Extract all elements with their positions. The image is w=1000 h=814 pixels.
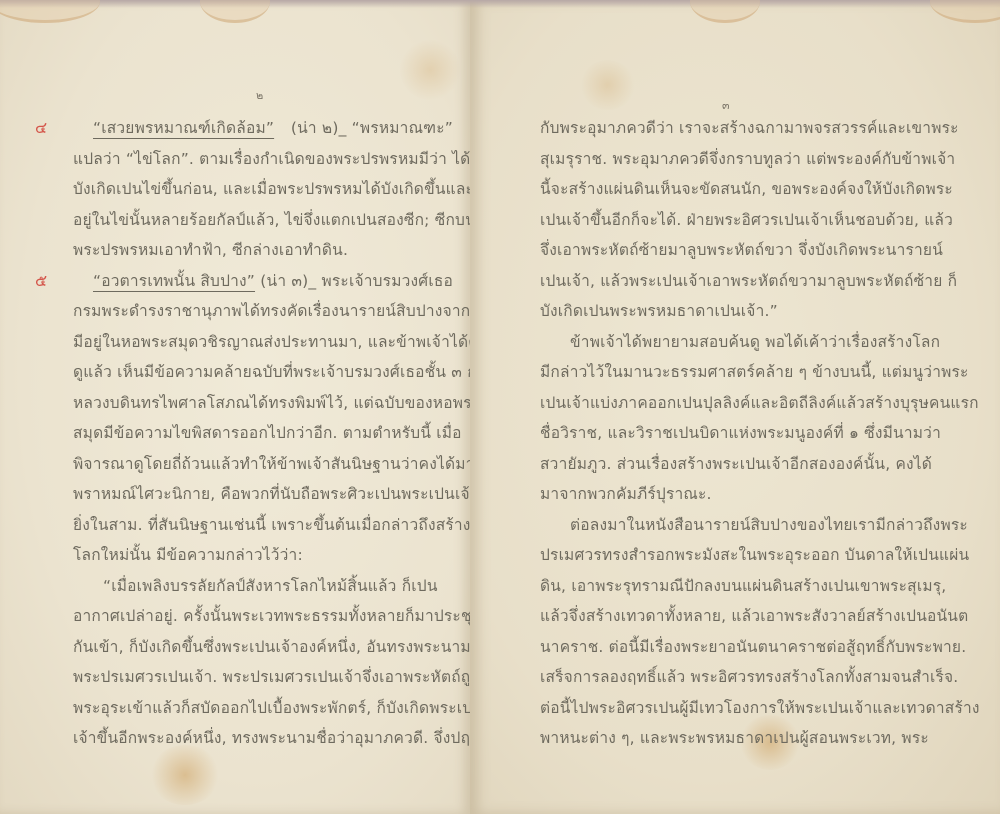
- text-line: สวายัมภูว. ส่วนเรื่องสร้างพระเปนเจ้าอีกส…: [540, 449, 910, 480]
- left-page-body: ๔ “เสวยพรหมาณฑ์เกิดล้อม” (น่า ๒)_ “พรหมา…: [73, 113, 453, 754]
- text-line: ปรเมศวรทรงสำรอกพระมังสะในพระอุระออก บันด…: [540, 540, 910, 571]
- thumb-stain: [0, 0, 100, 23]
- foxing-stain: [580, 60, 635, 110]
- thumb-stain: [690, 0, 760, 23]
- text-line: จึ่งเอาพระหัตถ์ซ้ายมาลูบพระหัตถ์ขวา จึ่ง…: [540, 235, 910, 266]
- text-line: ดูแล้ว เห็นมีข้อความคล้ายฉบับที่พระเจ้าบ…: [73, 357, 453, 388]
- foxing-stain: [400, 40, 460, 100]
- note-quote: “อวตารเทพนั้น สิบปาง”: [93, 266, 255, 297]
- book-spread: ๒ ๔ “เสวยพรหมาณฑ์เกิดล้อม” (น่า ๒)_ “พรห…: [0, 0, 1000, 814]
- text-line: หลวงบดินทรไพศาลโสภณได้ทรงพิมพ์ไว้, แต่ฉบ…: [73, 388, 453, 419]
- note-number: ๔: [35, 113, 47, 144]
- text-line: พระอุระเข้าแล้วก็สบัดออกไปเบื้องพระพักตร…: [73, 693, 453, 724]
- text-line: มาจากพวกคัมภีร์ปุราณะ.: [540, 479, 910, 510]
- note-quote: “เสวยพรหมาณฑ์เกิดล้อม”: [93, 113, 274, 144]
- text-line: เสร็จการลองฤทธิ์แล้ว พระอิศวรทรงสร้างโลก…: [540, 662, 910, 693]
- text-line: พาหนะต่าง ๆ, และพระพรหมธาดาเปนผู้สอนพระเ…: [540, 723, 910, 754]
- text-line: พระปรเมศวรเปนเจ้า. พระปรเมศวรเปนเจ้าจึ่ง…: [73, 662, 453, 693]
- text-line: อยู่ในไข่นั้นหลายร้อยกัลป์แล้ว, ไข่จึ่งแ…: [73, 205, 453, 236]
- paragraph-start: ข้าพเจ้าได้พยายามสอบค้นดู พอได้เค้าว่าเร…: [540, 327, 910, 358]
- text-line: แล้วจึ่งสร้างเทวดาทั้งหลาย, แล้วเอาพระสั…: [540, 601, 910, 632]
- text-line: อากาศเปล่าอยู่. ครั้งนั้นพระเวทพระธรรมทั…: [73, 601, 453, 632]
- page-number: ๓: [722, 96, 730, 114]
- text-line: นี้จะสร้างแผ่นดินเห็นจะขัดสนนัก, ขอพระอง…: [540, 174, 910, 205]
- paragraph-start: ต่อลงมาในหนังสือนารายน์สิบปางของไทยเรามี…: [540, 510, 910, 541]
- text-line: บังเกิดเปนไข่ขึ้นก่อน, และเมื่อพระปรพรหม…: [73, 174, 453, 205]
- thumb-stain: [200, 0, 270, 23]
- text-line: พราหมณ์ไศวะนิกาย, คือพวกที่นับถือพระศิวะ…: [73, 479, 453, 510]
- text-line: ชื่อวิราช, และวิราชเปนบิดาแห่งพระมนูองค์…: [540, 418, 910, 449]
- text-line: นาคราช. ต่อนี้มีเรื่องพระยาอนันตนาคราชต่…: [540, 632, 910, 663]
- left-page: ๒ ๔ “เสวยพรหมาณฑ์เกิดล้อม” (น่า ๒)_ “พรห…: [0, 0, 470, 814]
- text-line: แปลว่า “ไข่โลก”. ตามเรื่องกำเนิดของพระปร…: [73, 144, 453, 175]
- note-reference: (น่า ๓)_ พระเจ้าบรมวงศ์เธอ: [260, 266, 453, 297]
- text-line: เปนเจ้าแบ่งภาคออกเปนปุลลิงค์และอิตถีลิงค…: [540, 388, 910, 419]
- text-line: มีอยู่ในหอพระสมุดวชิรญาณส่งประทานมา, และ…: [73, 327, 453, 358]
- quote-line: “เมื่อเพลิงบรรลัยกัลป์สังหารโลกไหม้สิ้นแ…: [73, 571, 453, 602]
- thumb-stain: [930, 0, 1000, 23]
- text-line: พิจารณาดูโดยถี่ถ้วนแล้วทำให้ข้าพเจ้าสันน…: [73, 449, 453, 480]
- note-4-line-1: ๔ “เสวยพรหมาณฑ์เกิดล้อม” (น่า ๒)_ “พรหมา…: [73, 113, 453, 144]
- text-line: บังเกิดเปนพระพรหมธาดาเปนเจ้า.”: [540, 296, 910, 327]
- note-5-line-1: ๕ “อวตารเทพนั้น สิบปาง” (น่า ๓)_ พระเจ้า…: [73, 266, 453, 297]
- text-line: สุเมรุราช. พระอุมาภควดีจึ่งกราบทูลว่า แต…: [540, 144, 910, 175]
- text-line: โลกใหม่นั้น มีข้อความกล่าวไว้ว่า:: [73, 540, 453, 571]
- text-line: กับพระอุมาภควดีว่า เราจะสร้างฉกามาพจรสวร…: [540, 113, 910, 144]
- text-line: กรมพระดำรงราชานุภาพได้ทรงคัดเรื่องนารายน…: [73, 296, 453, 327]
- text-line: เปนเจ้าขึ้นอีกก็จะได้. ฝ่ายพระอิศวรเปนเจ…: [540, 205, 910, 236]
- note-reference: (น่า ๒)_ “พรหมาณฑะ”: [291, 113, 453, 144]
- text-line: พระปรพรหมเอาทำฟ้า, ซีกล่างเอาทำดิน.: [73, 235, 453, 266]
- text-line: มีกล่าวไว้ในมานวะธรรมศาสตร์คล้าย ๆ ข้างบ…: [540, 357, 910, 388]
- text-line: เปนเจ้า, แล้วพระเปนเจ้าเอาพระหัตถ์ขวามาล…: [540, 266, 910, 297]
- right-page-body: กับพระอุมาภควดีว่า เราจะสร้างฉกามาพจรสวร…: [540, 113, 910, 754]
- text-line: เจ้าขึ้นอีกพระองค์หนึ่ง, ทรงพระนามชื่อว่…: [73, 723, 453, 754]
- text-line: ยิ่งในสาม. ที่สันนิษฐานเช่นนี้ เพราะขึ้น…: [73, 510, 453, 541]
- text-line: กันเข้า, ก็บังเกิดขึ้นซึ่งพระเปนเจ้าองค์…: [73, 632, 453, 663]
- text-line: สมุดมีข้อความไขพิสดารออกไปกว่าอีก. ตามตำ…: [73, 418, 453, 449]
- right-page: ๓ กับพระอุมาภควดีว่า เราจะสร้างฉกามาพจรส…: [470, 0, 1000, 814]
- note-number: ๕: [35, 266, 47, 297]
- text-line: ต่อนี้ไปพระอิศวรเปนผู้มีเทวโองการให้พระเ…: [540, 693, 910, 724]
- page-number: ๒: [256, 86, 263, 104]
- text-line: ดิน, เอาพระรุทรามณีปักลงบนแผ่นดินสร้างเป…: [540, 571, 910, 602]
- foxing-stain: [150, 745, 220, 805]
